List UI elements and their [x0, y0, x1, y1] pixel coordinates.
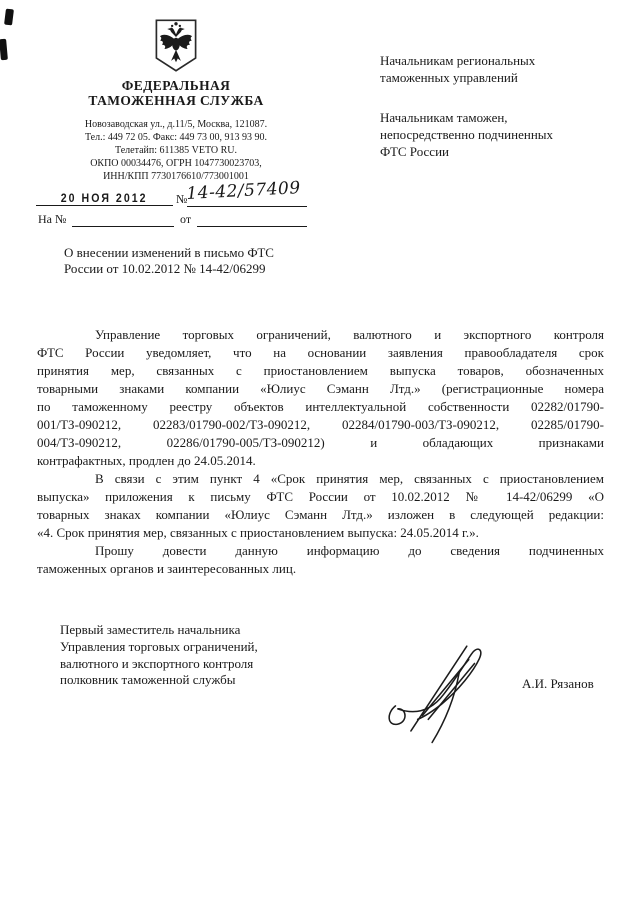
body-line: 001/ТЗ-090212, 02283/01790-002/ТЗ-090212… [37, 416, 604, 434]
outgoing-number-field: 14-42/57409 [187, 184, 307, 207]
address-line: Новозаводская ул., д.11/5, Москва, 12108… [36, 118, 316, 131]
blank-rule-line [72, 225, 174, 227]
body-line: товарными знаками компании «Юлиус Сэманн… [37, 380, 604, 398]
body-line: «4. Срок принятия мер, связанных с приос… [37, 524, 604, 542]
signature-autograph [382, 634, 488, 746]
scan-artifact [0, 39, 8, 61]
blank-rule-line [197, 225, 307, 227]
scan-artifact [4, 9, 14, 26]
date-stamp-field: 20 НОЯ 2012 [36, 189, 173, 206]
body-line: принятия мер, связанных с приостановлени… [37, 362, 604, 380]
signer-name: А.И. Рязанов [522, 676, 594, 692]
letter-body: Управление торговых ограничений, валютно… [37, 326, 604, 578]
address-line: Тел.: 449 72 05. Факс: 449 73 00, 913 93… [36, 131, 316, 144]
address-line: Телетайп: 611385 VETO RU. [36, 144, 316, 157]
addressee-block: Начальникам таможен, непосредственно под… [380, 109, 615, 160]
coat-of-arms-emblem [155, 18, 197, 73]
body-line: по таможенному реестру объектов интеллек… [37, 398, 604, 416]
signer-position: Первый заместитель начальника Управления… [60, 622, 320, 689]
incoming-from-label: от [180, 212, 191, 227]
addressee-block: Начальникам региональных таможенных упра… [380, 52, 615, 86]
body-line: В связи с этим пункт 4 «Срок принятия ме… [37, 470, 604, 488]
body-line: таможенных органов и заинтересованных ли… [37, 560, 604, 578]
org-address-block: Новозаводская ул., д.11/5, Москва, 12108… [36, 118, 316, 183]
letter-page: ФЕДЕРАЛЬНАЯ ТАМОЖЕННАЯ СЛУЖБА Новозаводс… [0, 0, 640, 900]
org-name: ФЕДЕРАЛЬНАЯ ТАМОЖЕННАЯ СЛУЖБА [36, 78, 316, 108]
address-line: ОКПО 00034476, ОГРН 1047730023703, [36, 157, 316, 170]
body-line: Прошу довести данную информацию до сведе… [37, 542, 604, 560]
date-stamp: 20 НОЯ 2012 [61, 193, 148, 205]
incoming-number-label: На № [38, 212, 66, 227]
body-line: контрафактных, продлен до 24.05.2014. [37, 452, 604, 470]
body-line: товарных знаках компании «Юлиус Сэманн Л… [37, 506, 604, 524]
body-line: выпуска» приложения к письму ФТС России … [37, 488, 604, 506]
letter-subject: О внесении изменений в письмо ФТС России… [64, 245, 364, 276]
body-line: Управление торговых ограничений, валютно… [37, 326, 604, 344]
body-line: 004/ТЗ-090212, 02286/01790-005/ТЗ-090212… [37, 434, 604, 452]
body-line: ФТС России уведомляет, что на основании … [37, 344, 604, 362]
